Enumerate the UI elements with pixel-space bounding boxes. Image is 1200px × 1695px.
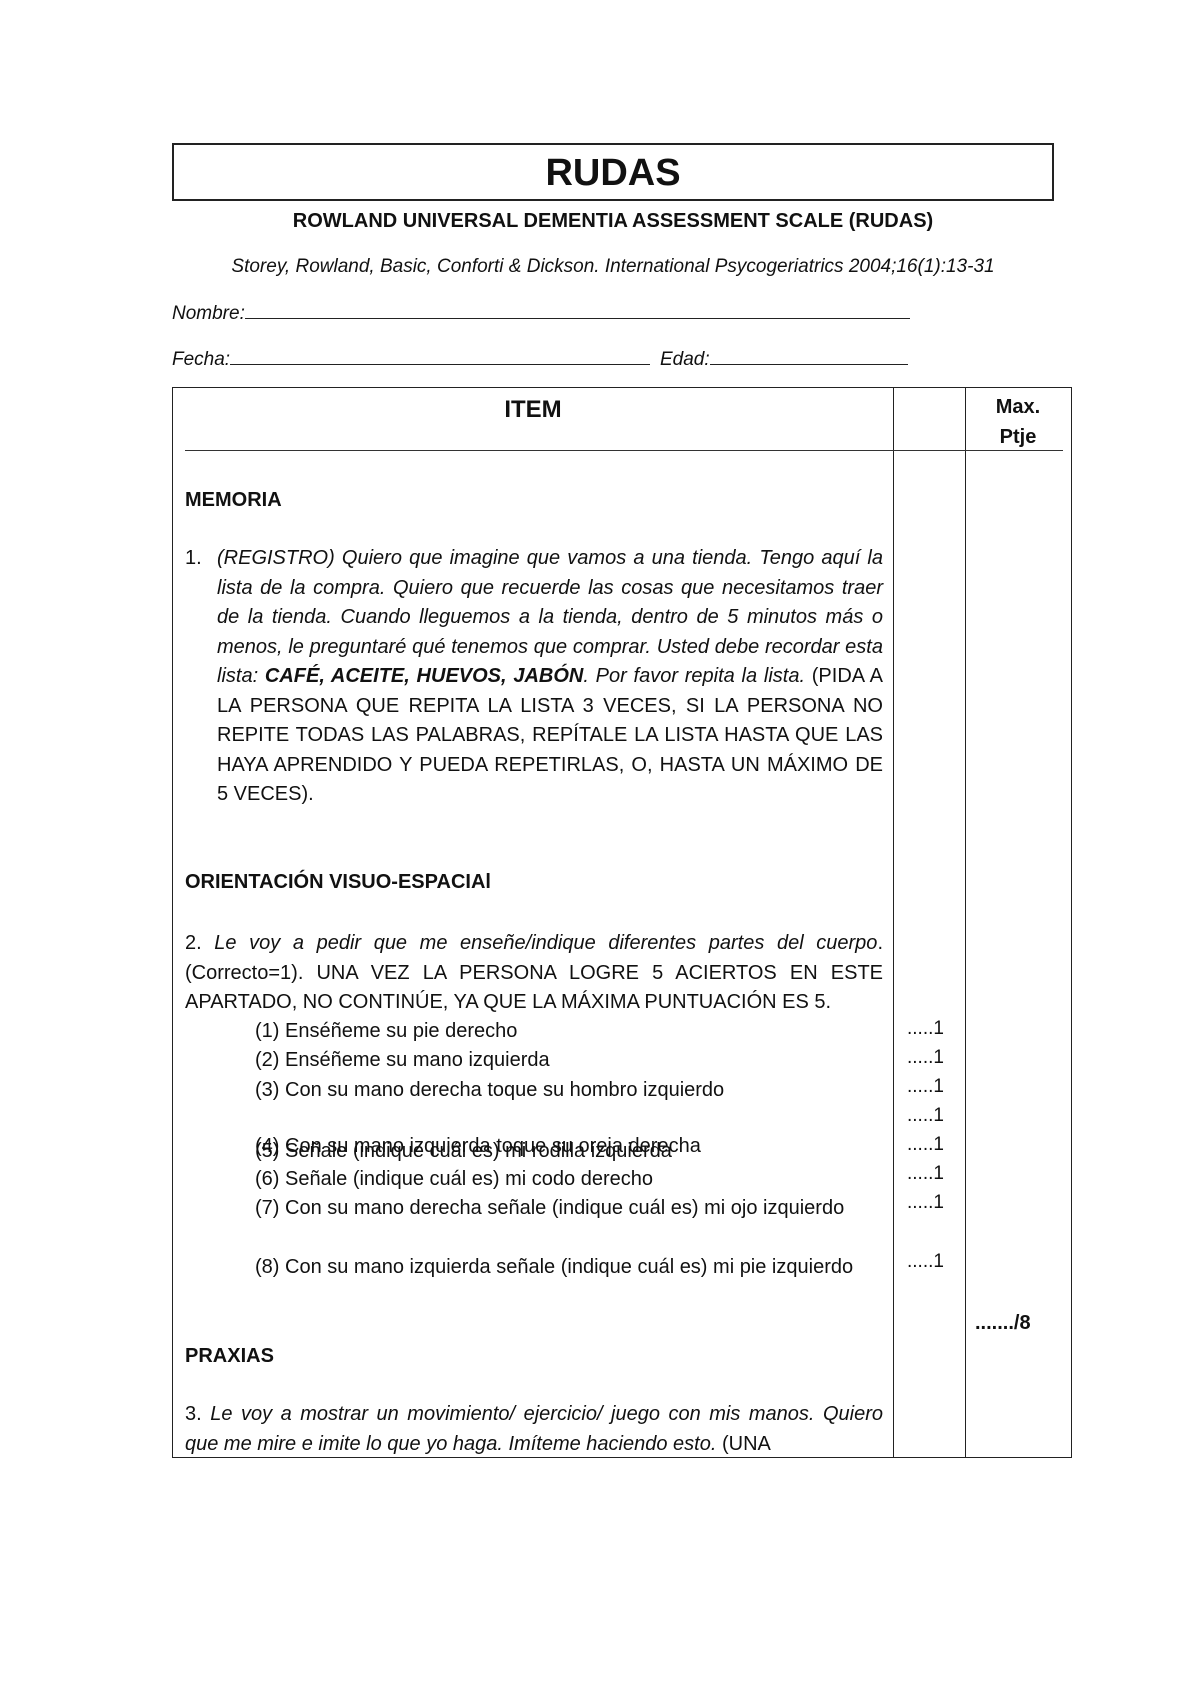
score-slot[interactable]: .....1 [907,1014,944,1044]
header-max-score: Max. Ptje [965,392,1071,452]
score-slot[interactable]: .....1 [907,1159,944,1189]
score-slot[interactable]: .....1 [907,1043,944,1073]
subitem: (2) Enséñeme su mano izquierda [255,1046,550,1076]
subitem: (8) Con su mano izquierda señale (indiqu… [245,1253,883,1283]
section-title-orientacion: ORIENTACIÓN VISUO-ESPACIAl [185,868,491,896]
document-title: RUDAS [545,152,680,194]
header-rule [185,450,893,451]
assessment-table: ITEM Max. Ptje MEMORIA 1. (REGISTRO) Qui… [172,387,1072,1458]
subitem: (1) Enséñeme su pie derecho [255,1017,517,1047]
header-rule [893,450,965,451]
column-divider [893,388,894,1457]
document-page: RUDAS ROWLAND UNIVERSAL DEMENTIA ASSESSM… [0,0,1200,1695]
item-1-text: (REGISTRO) Quiero que imagine que vamos … [217,544,883,810]
score-slot[interactable]: .....1 [907,1130,944,1160]
title-box: RUDAS [172,143,1054,201]
score-slot[interactable]: .....1 [907,1072,944,1102]
name-field[interactable]: Nombre: [172,298,910,327]
subitem: (6) Señale (indique cuál es) mi codo der… [255,1165,653,1195]
date-label: Fecha: [172,349,230,370]
subitem: (5) Señale (indique cuál es) mi rodilla … [255,1137,672,1167]
name-blank[interactable] [245,298,910,319]
max-score-orientacion[interactable]: ......./8 [975,1309,1031,1339]
column-divider [965,388,966,1457]
score-slot[interactable]: .....1 [907,1101,944,1131]
citation: Storey, Rowland, Basic, Conforti & Dicks… [172,254,1054,280]
date-blank[interactable] [230,344,650,365]
section-title-memoria: MEMORIA [185,486,282,514]
subitem: (3) Con su mano derecha toque su hombro … [255,1076,724,1106]
section-title-praxias: PRAXIAS [185,1342,274,1370]
score-slot[interactable]: .....1 [907,1247,944,1277]
header-item: ITEM [173,394,893,426]
age-blank[interactable] [710,344,908,365]
subitem: (7) Con su mano derecha señale (indique … [245,1194,883,1224]
name-label: Nombre: [172,303,245,324]
item-3-text: 3. Le voy a mostrar un movimiento/ ejerc… [185,1400,883,1459]
item-2-text: 2. Le voy a pedir que me enseñe/indique … [185,929,883,1018]
age-field[interactable]: Edad: [660,344,908,373]
age-label: Edad: [660,349,710,370]
date-field[interactable]: Fecha: [172,344,650,373]
document-subtitle: ROWLAND UNIVERSAL DEMENTIA ASSESSMENT SC… [172,208,1054,234]
score-slot[interactable]: .....1 [907,1188,944,1218]
item-number: 1. [185,544,215,574]
